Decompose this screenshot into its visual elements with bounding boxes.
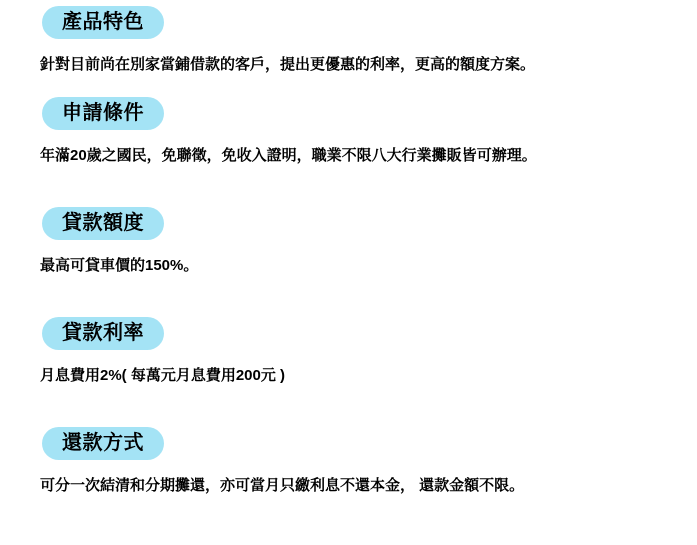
section-heading-pill: 貸款額度 [42,207,164,240]
section-heading-pill: 還款方式 [42,427,164,460]
section-product-features: 產品特色 針對目前尚在別家當鋪借款的客戶，提出更優惠的利率，更高的額度方案。 [40,6,677,75]
section-body-text: 年滿20歲之國民，免聯徵，免收入證明，職業不限八大行業攤販皆可辦理。 [40,146,677,166]
section-repayment-method: 還款方式 可分一次結清和分期攤還，亦可當月只繳利息不還本金， 還款金額不限。 [40,427,677,496]
section-application-requirements: 申請條件 年滿20歲之國民，免聯徵，免收入證明，職業不限八大行業攤販皆可辦理。 [40,97,677,166]
heading-row: 申請條件 [40,97,677,130]
heading-row: 貸款利率 [40,317,677,350]
section-heading-pill: 貸款利率 [42,317,164,350]
section-body-text: 可分一次結清和分期攤還，亦可當月只繳利息不還本金， 還款金額不限。 [40,476,677,496]
page-content: 產品特色 針對目前尚在別家當鋪借款的客戶，提出更優惠的利率，更高的額度方案。 申… [0,6,697,496]
heading-row: 產品特色 [40,6,677,39]
heading-row: 貸款額度 [40,207,677,240]
section-loan-interest-rate: 貸款利率 月息費用2%( 每萬元月息費用200元 ) [40,317,677,386]
section-heading-pill: 產品特色 [42,6,164,39]
section-body-text: 最高可貸車價的150%。 [40,256,677,276]
section-body-text: 針對目前尚在別家當鋪借款的客戶，提出更優惠的利率，更高的額度方案。 [40,55,677,75]
section-heading-pill: 申請條件 [42,97,164,130]
loan-info-page: 產品特色 針對目前尚在別家當鋪借款的客戶，提出更優惠的利率，更高的額度方案。 申… [0,0,697,545]
heading-row: 還款方式 [40,427,677,460]
section-body-text: 月息費用2%( 每萬元月息費用200元 ) [40,366,677,386]
section-loan-amount: 貸款額度 最高可貸車價的150%。 [40,207,677,276]
